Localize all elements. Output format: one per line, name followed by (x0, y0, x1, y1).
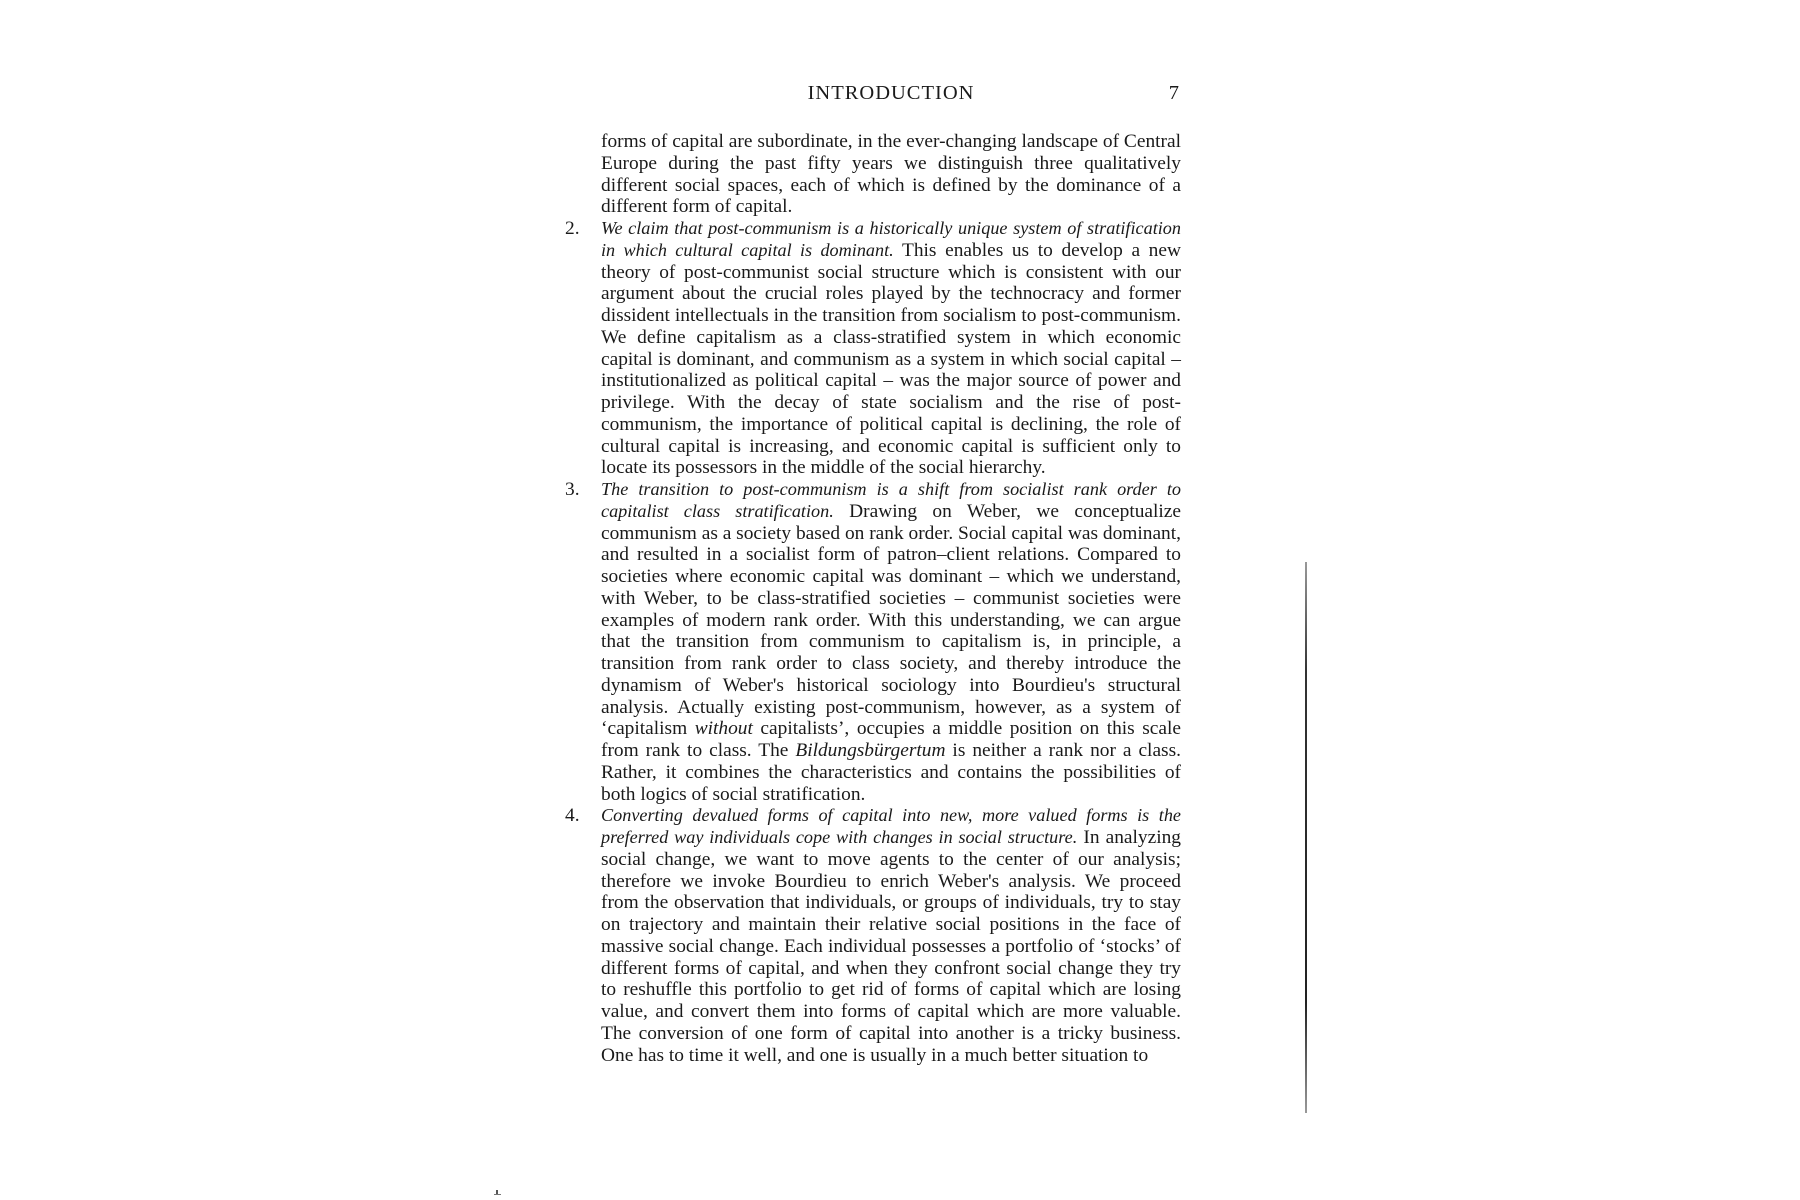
emphasis-bildungsburgertum: Bildungsbürgertum (795, 740, 945, 761)
item-paragraph: We claim that post-communism is a histor… (601, 218, 1181, 479)
numbered-item-4: 4. Converting devalued forms of capital … (601, 805, 1181, 1066)
item-paragraph: The transition to post-communism is a sh… (601, 479, 1181, 805)
numbered-item-2: 2. We claim that post-communism is a his… (601, 218, 1181, 479)
item-paragraph: Converting devalued forms of capital int… (601, 805, 1181, 1066)
continuation-paragraph: forms of capital are subordinate, in the… (601, 131, 1181, 218)
numbered-item-3: 3. The transition to post-communism is a… (601, 479, 1181, 805)
item-text: Drawing on Weber, we conceptualize commu… (601, 501, 1181, 740)
item-text: In analyzing social change, we want to m… (601, 827, 1181, 1066)
page-number: 7 (1169, 82, 1179, 105)
page-edge-line (1305, 562, 1307, 1113)
running-head: INTRODUCTION 7 (601, 82, 1181, 110)
item-number: 4. (565, 805, 580, 827)
item-text: This enables us to develop a new theory … (601, 240, 1181, 479)
item-number: 3. (565, 479, 580, 501)
item-number: 2. (565, 218, 580, 240)
body-text: forms of capital are subordinate, in the… (601, 131, 1181, 1066)
running-title: INTRODUCTION (601, 82, 1181, 105)
emphasis-without: without (695, 718, 753, 739)
scan-artifact-mark (494, 1190, 501, 1195)
